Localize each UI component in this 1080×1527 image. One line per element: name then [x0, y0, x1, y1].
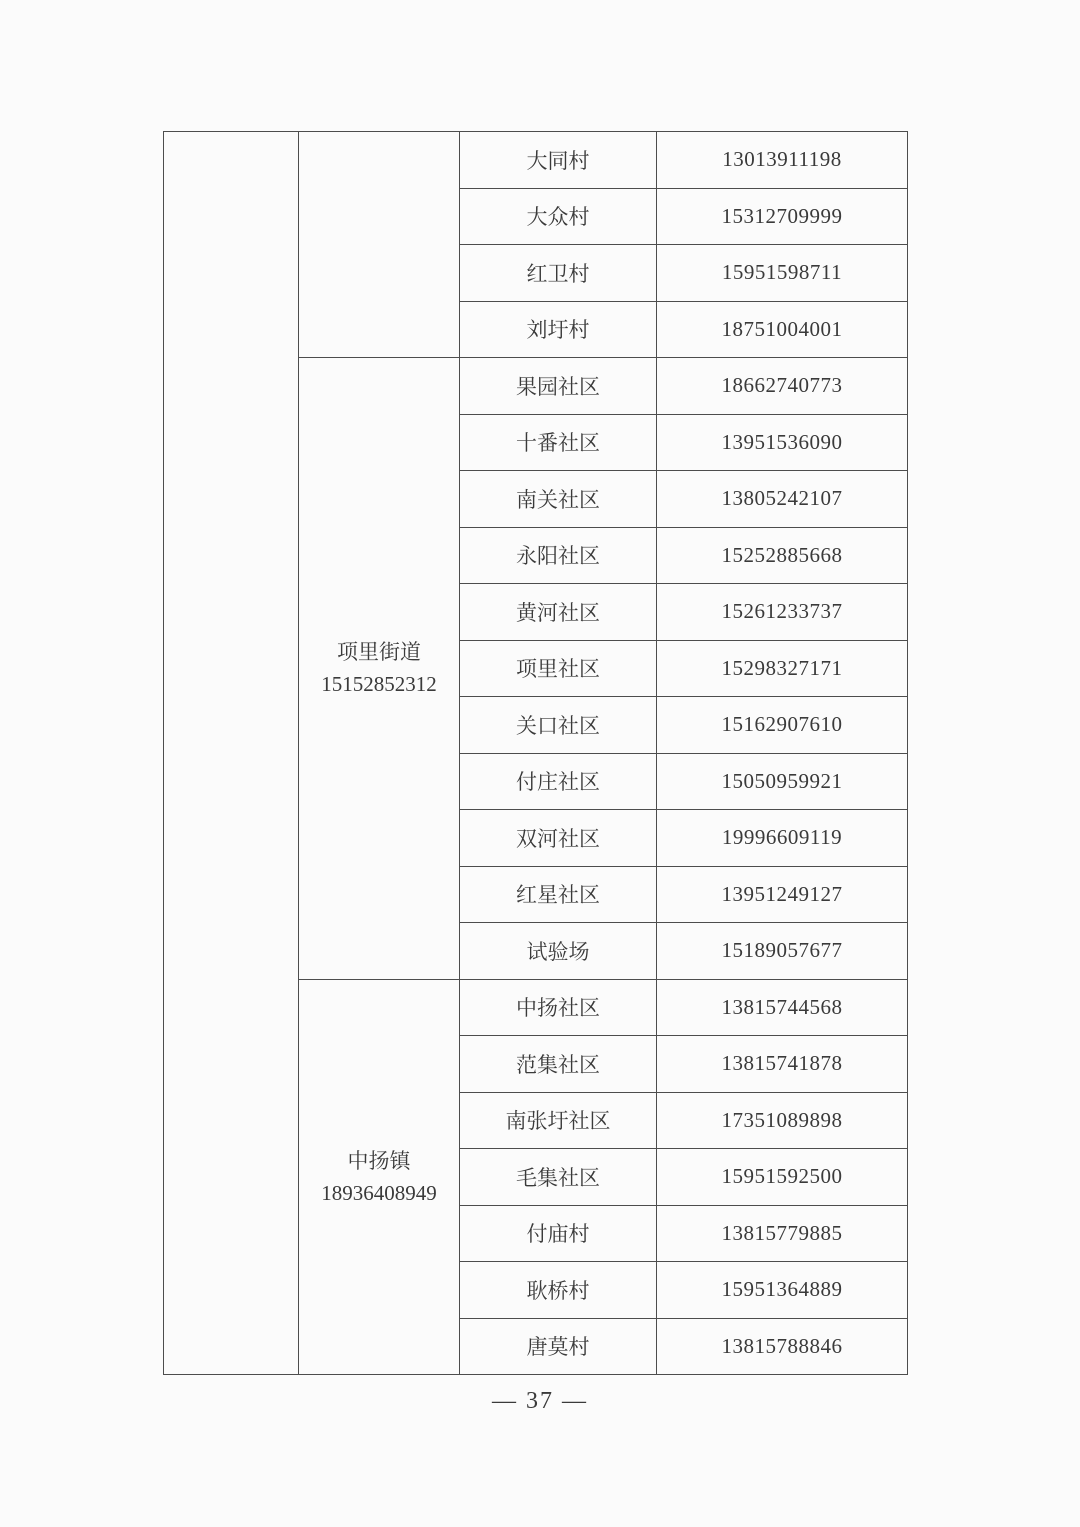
- group-phone: 18936408949: [299, 1177, 459, 1209]
- phone-number-cell: 15951592500: [657, 1149, 908, 1206]
- village-name-cell: 永阳社区: [460, 527, 657, 584]
- phone-number-cell: 13805242107: [657, 471, 908, 528]
- village-name-cell: 红卫村: [460, 245, 657, 302]
- phone-number-cell: 15312709999: [657, 188, 908, 245]
- group-cell: [299, 132, 460, 358]
- phone-number-cell: 13815741878: [657, 1036, 908, 1093]
- village-name-cell: 关口社区: [460, 697, 657, 754]
- contact-table-body: 大同村13013911198大众村15312709999红卫村159515987…: [164, 132, 908, 1375]
- village-name-cell: 双河社区: [460, 810, 657, 867]
- phone-number-cell: 15951364889: [657, 1262, 908, 1319]
- village-name-cell: 黄河社区: [460, 584, 657, 641]
- phone-number-cell: 18751004001: [657, 301, 908, 358]
- phone-number-cell: 13951536090: [657, 414, 908, 471]
- group-cell: 项里街道15152852312: [299, 358, 460, 980]
- village-name-cell: 刘圩村: [460, 301, 657, 358]
- phone-number-cell: 15252885668: [657, 527, 908, 584]
- village-name-cell: 红星社区: [460, 866, 657, 923]
- left-span-cell: [164, 132, 299, 1375]
- phone-number-cell: 13815779885: [657, 1205, 908, 1262]
- phone-number-cell: 15951598711: [657, 245, 908, 302]
- group-name: 中扬镇: [299, 1145, 459, 1177]
- village-name-cell: 南关社区: [460, 471, 657, 528]
- phone-number-cell: 15162907610: [657, 697, 908, 754]
- group-name: 项里街道: [299, 636, 459, 668]
- village-name-cell: 付庙村: [460, 1205, 657, 1262]
- village-name-cell: 南张圩社区: [460, 1092, 657, 1149]
- phone-number-cell: 13013911198: [657, 132, 908, 189]
- phone-number-cell: 13951249127: [657, 866, 908, 923]
- phone-number-cell: 13815788846: [657, 1318, 908, 1375]
- village-name-cell: 大同村: [460, 132, 657, 189]
- phone-number-cell: 19996609119: [657, 810, 908, 867]
- contact-table: 大同村13013911198大众村15312709999红卫村159515987…: [163, 131, 908, 1375]
- village-name-cell: 付庄社区: [460, 753, 657, 810]
- village-name-cell: 果园社区: [460, 358, 657, 415]
- village-name-cell: 大众村: [460, 188, 657, 245]
- village-name-cell: 试验场: [460, 923, 657, 980]
- village-name-cell: 十番社区: [460, 414, 657, 471]
- phone-number-cell: 15261233737: [657, 584, 908, 641]
- village-name-cell: 耿桥村: [460, 1262, 657, 1319]
- phone-number-cell: 15298327171: [657, 640, 908, 697]
- page-number: — 37 —: [0, 1388, 1080, 1415]
- phone-number-cell: 15189057677: [657, 923, 908, 980]
- phone-number-cell: 17351089898: [657, 1092, 908, 1149]
- village-name-cell: 中扬社区: [460, 979, 657, 1036]
- village-name-cell: 范集社区: [460, 1036, 657, 1093]
- group-cell: 中扬镇18936408949: [299, 979, 460, 1375]
- phone-number-cell: 18662740773: [657, 358, 908, 415]
- phone-number-cell: 15050959921: [657, 753, 908, 810]
- village-name-cell: 毛集社区: [460, 1149, 657, 1206]
- group-phone: 15152852312: [299, 668, 459, 700]
- table-row: 大同村13013911198: [164, 132, 908, 189]
- document-page: 大同村13013911198大众村15312709999红卫村159515987…: [0, 0, 1080, 1527]
- village-name-cell: 项里社区: [460, 640, 657, 697]
- village-name-cell: 唐莫村: [460, 1318, 657, 1375]
- phone-number-cell: 13815744568: [657, 979, 908, 1036]
